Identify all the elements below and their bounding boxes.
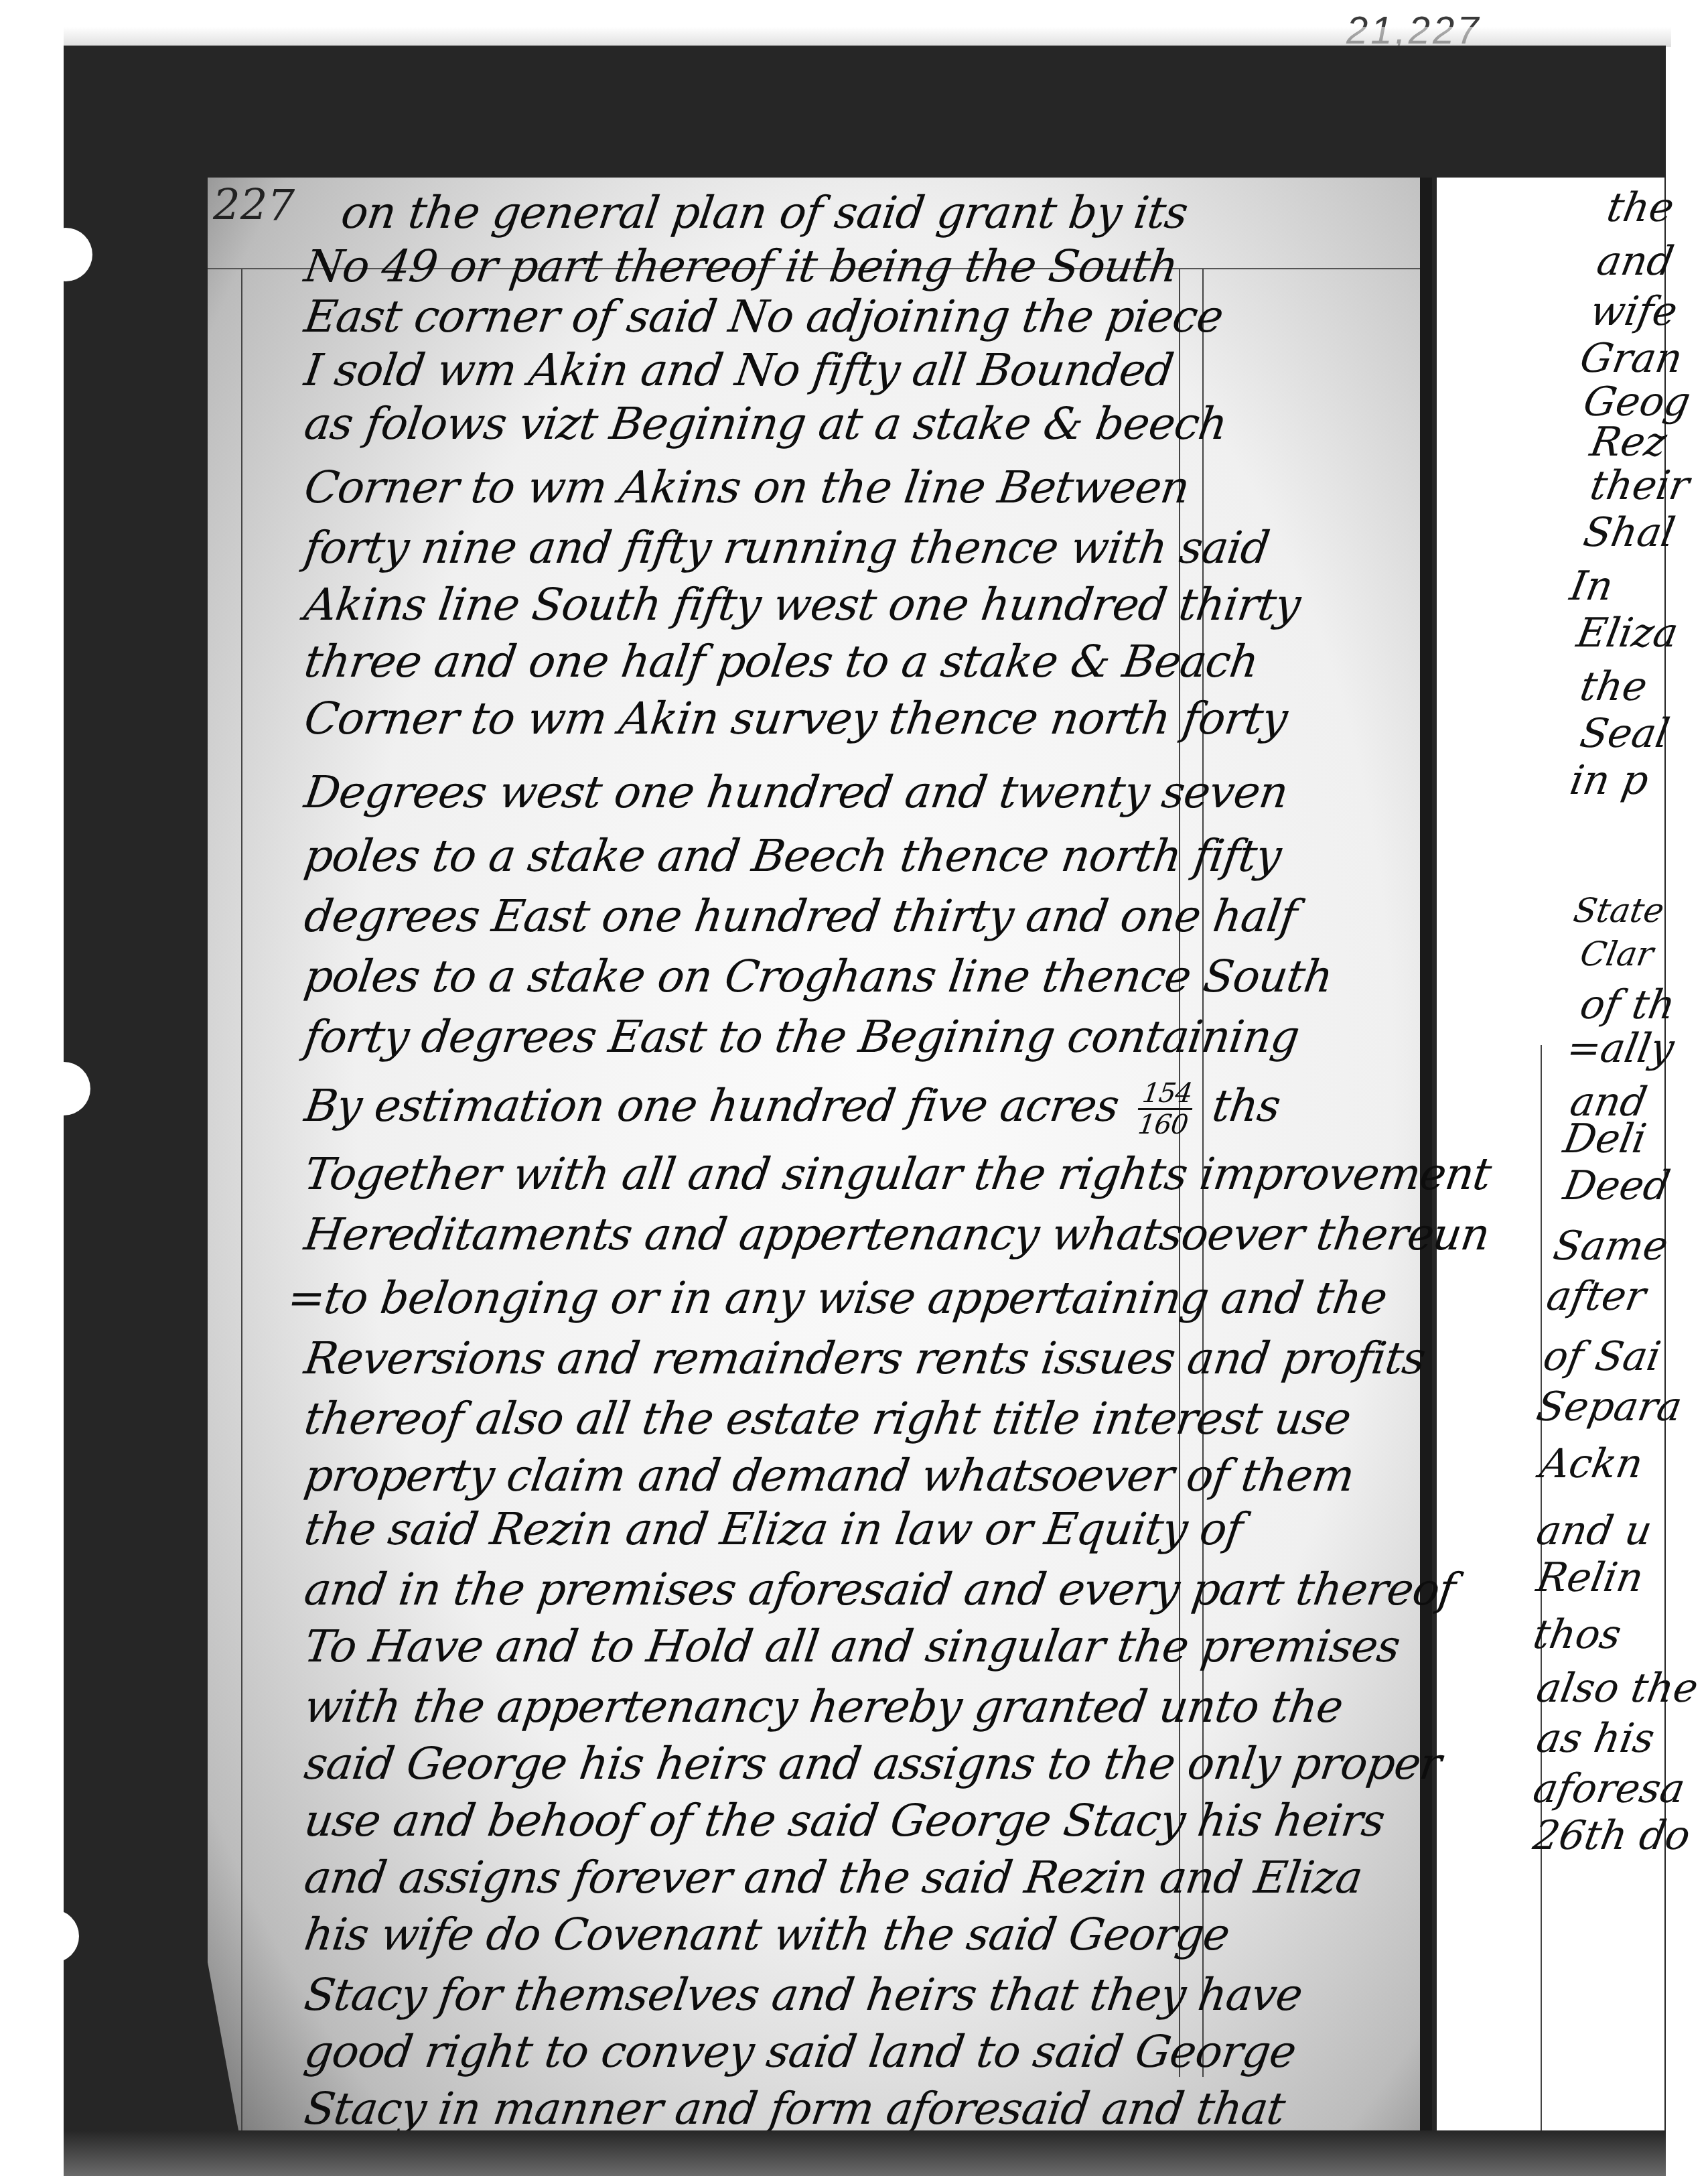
right-fragment: Same	[1550, 1223, 1672, 1270]
right-fragment: Relin	[1533, 1554, 1647, 1601]
right-page-margin-rule	[1541, 1045, 1542, 2157]
text-line: use and behoof of the said George Stacy …	[301, 1799, 1386, 1843]
right-fragment: Separa	[1533, 1383, 1686, 1430]
fraction-denominator: 160	[1133, 1110, 1192, 1140]
binder-hole-top	[39, 228, 92, 281]
text-line: and in the premises aforesaid and every …	[301, 1568, 1457, 1612]
right-fragment: thos	[1530, 1611, 1625, 1658]
text-line: his wife do Covenant with the said Georg…	[301, 1913, 1232, 1957]
right-fragment: and	[1593, 238, 1677, 285]
right-fragment: the	[1604, 184, 1678, 231]
right-fragment: of Sai	[1540, 1333, 1664, 1380]
text-line: By estimation one hundred five acres 154…	[301, 1079, 1284, 1140]
binder-hole-middle	[37, 1062, 90, 1115]
right-fragment: State	[1571, 891, 1667, 930]
right-fragment: aforesa	[1530, 1765, 1689, 1812]
text-line: as folows vizt Begining at a stake & bee…	[301, 402, 1229, 446]
fraction-suffix: ths	[1209, 1080, 1283, 1132]
text-line: on the general plan of said grant by its	[338, 191, 1190, 235]
text-line: =to belonging or in any wise appertainin…	[285, 1276, 1389, 1320]
right-fragment: Ackn	[1537, 1440, 1646, 1487]
text-line: To Have and to Hold all and singular the…	[301, 1625, 1402, 1669]
text-line: property claim and demand whatsoever of …	[301, 1454, 1356, 1498]
acreage-fraction: 154 160	[1133, 1079, 1196, 1140]
text-line: Reversions and remainders rents issues a…	[301, 1337, 1427, 1381]
right-fragment: Eliza	[1573, 610, 1682, 657]
text-line: good right to convey said land to said G…	[301, 2030, 1298, 2074]
right-fragment: after	[1543, 1273, 1650, 1320]
text-line: I sold wm Akin and No fifty all Bounded	[301, 348, 1176, 393]
text-line: and assigns forever and the said Rezin a…	[301, 1856, 1364, 1900]
text-line: No 49 or part thereof it being the South	[301, 245, 1180, 289]
text-line: Stacy for themselves and heirs that they…	[301, 1973, 1305, 2017]
right-fragment: of th	[1577, 981, 1679, 1028]
top-smudge	[64, 27, 1671, 47]
right-fragment: 26th do	[1530, 1812, 1694, 1859]
right-fragment: their	[1587, 462, 1693, 509]
text-line: the said Rezin and Eliza in law or Equit…	[301, 1507, 1244, 1552]
right-fragment: In	[1567, 563, 1617, 610]
text-line: Corner to wm Akin survey thence north fo…	[301, 697, 1289, 741]
right-fragment: Shal	[1580, 509, 1679, 556]
right-fragment: in p	[1567, 757, 1652, 804]
text-line: degrees East one hundred thirty and one …	[301, 894, 1299, 939]
right-fragment: the	[1577, 663, 1651, 710]
text-line: poles to a stake on Croghans line thence…	[301, 955, 1335, 999]
text-line: said George his heirs and assigns to the…	[301, 1742, 1443, 1786]
text-line: Stacy in manner and form aforesaid and t…	[301, 2087, 1287, 2131]
text-line: poles to a stake and Beech thence north …	[301, 834, 1283, 878]
right-fragment: and u	[1533, 1507, 1656, 1554]
text-line: forty nine and fifty running thence with…	[301, 526, 1271, 570]
right-fragment: =ally	[1563, 1025, 1678, 1072]
text-line: Degrees west one hundred and twenty seve…	[301, 770, 1290, 815]
text-line: three and one half poles to a stake & Be…	[301, 640, 1261, 684]
right-fragment: also the	[1533, 1665, 1702, 1712]
fraction-numerator: 154	[1137, 1079, 1196, 1110]
right-fragment: wife	[1587, 288, 1681, 335]
text-line: Together with all and singular the right…	[301, 1152, 1493, 1197]
right-fragment: Seal	[1577, 710, 1673, 757]
right-fragment: Deli	[1560, 1115, 1650, 1162]
right-fragment: Rez	[1587, 419, 1670, 466]
acreage-text: By estimation one hundred five acres	[301, 1080, 1121, 1132]
text-line: Hereditaments and appertenancy whatsoeve…	[301, 1213, 1492, 1257]
text-line: with the appertenancy hereby granted unt…	[301, 1685, 1345, 1729]
binder-hole-bottom	[25, 1909, 79, 1963]
right-fragment: Deed	[1560, 1162, 1674, 1209]
right-fragment: Clar	[1577, 935, 1656, 973]
page-number: 227	[213, 181, 295, 230]
text-line: Corner to wm Akins on the line Between	[301, 466, 1192, 510]
text-line: East corner of said No adjoining the pie…	[301, 295, 1225, 339]
text-line: forty degrees East to the Begining conta…	[301, 1015, 1301, 1059]
text-line: Akins line South fifty west one hundred …	[301, 583, 1303, 627]
bottom-scan-band	[64, 2130, 1666, 2176]
margin-rule-left	[241, 268, 242, 2144]
text-line: thereof also all the estate right title …	[301, 1397, 1353, 1441]
right-fragment: Gran	[1577, 335, 1686, 382]
right-fragment: as his	[1533, 1715, 1658, 1762]
